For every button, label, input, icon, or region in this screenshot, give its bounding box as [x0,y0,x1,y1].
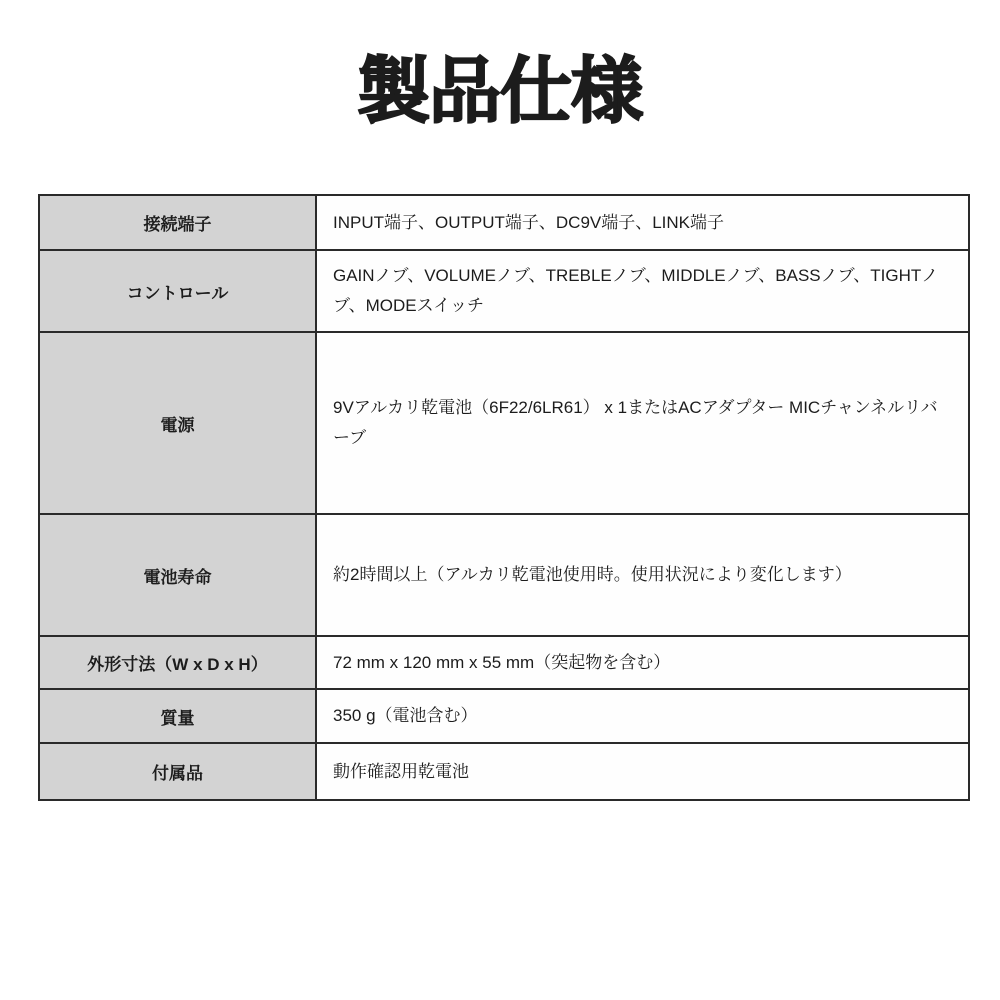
spec-row-label: 外形寸法（W x D x H） [39,636,316,689]
spec-table-row: 質量 350 g（電池含む） [39,689,969,743]
spec-row-label: 質量 [39,689,316,743]
spec-row-value: 動作確認用乾電池 [316,743,969,800]
spec-table-row: 外形寸法（W x D x H） 72 mm x 120 mm x 55 mm（突… [39,636,969,689]
spec-row-value: 72 mm x 120 mm x 55 mm（突起物を含む） [316,636,969,689]
spec-row-value: 約2時間以上（アルカリ乾電池使用時。使用状況により変化します） [316,514,969,636]
spec-row-label: 付属品 [39,743,316,800]
spec-row-value: GAINノブ、VOLUMEノブ、TREBLEノブ、MIDDLEノブ、BASSノブ… [316,250,969,332]
spec-row-value: 9Vアルカリ乾電池（6F22/6LR61） x 1またはACアダプター MICチ… [316,332,969,514]
spec-row-value: INPUT端子、OUTPUT端子、DC9V端子、LINK端子 [316,195,969,250]
spec-table: 接続端子 INPUT端子、OUTPUT端子、DC9V端子、LINK端子 コントロ… [38,194,970,801]
spec-table-row: 電池寿命 約2時間以上（アルカリ乾電池使用時。使用状況により変化します） [39,514,969,636]
spec-row-label: コントロール [39,250,316,332]
page-title: 製品仕様 [0,56,1000,128]
product-spec-page: 製品仕様 接続端子 INPUT端子、OUTPUT端子、DC9V端子、LINK端子… [0,0,1000,1000]
spec-table-row: コントロール GAINノブ、VOLUMEノブ、TREBLEノブ、MIDDLEノブ… [39,250,969,332]
spec-table-row: 電源 9Vアルカリ乾電池（6F22/6LR61） x 1またはACアダプター M… [39,332,969,514]
spec-row-label: 接続端子 [39,195,316,250]
spec-row-label: 電源 [39,332,316,514]
spec-table-row: 接続端子 INPUT端子、OUTPUT端子、DC9V端子、LINK端子 [39,195,969,250]
spec-row-label: 電池寿命 [39,514,316,636]
spec-row-value: 350 g（電池含む） [316,689,969,743]
spec-table-body: 接続端子 INPUT端子、OUTPUT端子、DC9V端子、LINK端子 コントロ… [39,195,969,800]
spec-table-row: 付属品 動作確認用乾電池 [39,743,969,800]
